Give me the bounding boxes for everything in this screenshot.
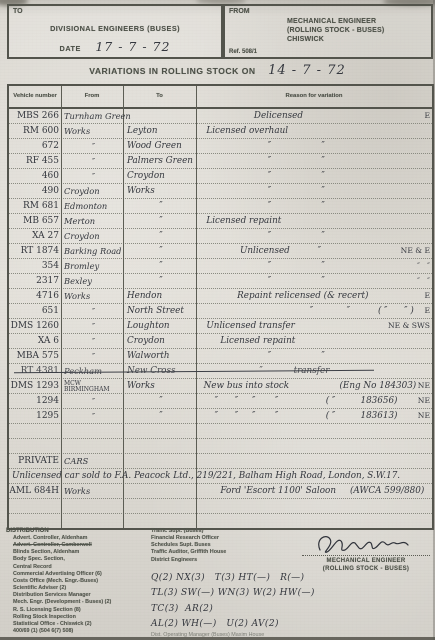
cell-to: Croydon [127,169,195,183]
cell-vehicle: 490 [9,184,63,198]
cell-reason: ″ ″ ″ ″ ( ″ 183656) [198,394,424,408]
cell-vehicle [9,424,63,438]
cell-code: NE [418,379,430,393]
signature-block: MECHANICAL ENGINEER (ROLLING STOCK - BUS… [300,530,432,573]
cell-vehicle: RT 1874 [9,244,63,258]
column-divider [123,86,124,528]
table-row: PRIVATECARS [9,454,432,469]
cell-vehicle: DMS 1260 [9,319,63,333]
cell-code: ″ ″ [417,259,430,273]
garage-code-line: AL(2) WH(—) U(2) AV(2) [151,617,306,633]
table-body: MBS 266Turnham Green DelicensedERM 600Wo… [9,109,432,528]
from-box: FROM MECHANICAL ENGINEER (ROLLING STOCK … [223,4,433,59]
table-row: 354Bromley″ ″ ″″ ″ [9,259,432,274]
table-header: Vehicle number From To Reason for variat… [9,86,432,109]
cell-to: Leyton [127,124,195,138]
cell-to: Palmers Green [127,154,195,168]
to-box: TO DIVISIONAL ENGINEERS (BUSES) DATE 17 … [7,4,223,59]
cell-to: Works [127,184,195,198]
cell-reason: Licensed repaint [198,334,424,348]
table-row: 2317Bexley″ ″ ″″ ″ [9,274,432,289]
table-row: XA 6″Croydon Licensed repaint [9,334,432,349]
cell-reason [198,514,424,528]
cell-to: ″ [127,259,195,273]
cell-from: ″ [64,319,123,333]
title-date-handwritten: 14 - 7 - 72 [268,63,346,78]
cell-from: CARS [64,454,123,468]
cell-vehicle [9,439,63,453]
cell-reason: ″ ″ [198,274,424,288]
distribution-item: Statistical Office - Chiswick (2) [6,621,151,628]
table-row: MB 657Merton″ Licensed repaint [9,214,432,229]
table-row: 1294″″ ″ ″ ″ ″ ( ″ 183656)NE [9,394,432,409]
cell-from: Barking Road [64,244,123,258]
from-line: CHISWICK [287,35,384,44]
cell-vehicle: MBA 575 [9,349,63,363]
table-row: RM 600WorksLeyton Licensed overhaul [9,124,432,139]
garage-code-line: Q(2) NX(3) T(3) HT(—) R(—) [151,571,306,587]
cell-reason: ″ ″ [198,169,424,183]
garage-codes-list: Q(2) NX(3) T(3) HT(—) R(—)TL(3) SW(—) WN… [151,571,306,633]
cell-to: Loughton [127,319,195,333]
cell-from: ″ [64,394,123,408]
signature-scrawl [310,530,422,558]
cell-vehicle: XA 27 [9,229,63,243]
from-label: FROM [229,8,250,15]
table-row: 4716WorksHendon Repaint relicensed (& re… [9,289,432,304]
distribution-items: Advert. Controller, AldenhamAdvert. Cont… [6,535,151,635]
cell-reason: ″ ″ [198,259,424,273]
distribution-item: Mech. Engr. (Development - Buses) (2) [6,599,151,606]
cell-to: Hendon [127,289,195,303]
cell-to: Croydon [127,334,195,348]
cell-reason: ″ ″ [198,184,424,198]
cell-to [127,484,195,498]
form-title: VARIATIONS IN ROLLING STOCK ON 14 - 7 - … [0,61,435,79]
cell-reason: ″ ″ [198,349,424,363]
cell-from: Bromley [64,259,123,273]
cell-reason: New bus into stock (Eng No 184303) [198,379,424,393]
distribution-item: R. S. Licensing Section (8) [6,607,151,614]
cell-from: ″ [64,154,123,168]
cell-reason: Ford 'Escort 1100' Saloon (AWCA 599/880) [198,484,424,498]
table-row: RM 681Edmonton″ ″ ″ [9,199,432,214]
cell-vehicle: 460 [9,169,63,183]
table-row: 460″Croydon ″ ″ [9,169,432,184]
table-row: 672″Wood Green ″ ″ [9,139,432,154]
to-value: DIVISIONAL ENGINEERS (BUSES) [9,24,221,33]
cell-code: E [424,109,430,123]
scanned-form-page: TO DIVISIONAL ENGINEERS (BUSES) DATE 17 … [0,0,435,640]
distribution-item: Body Spec. Section, [6,556,151,563]
column-divider [196,86,197,528]
cell-vehicle: MB 657 [9,214,63,228]
from-line: MECHANICAL ENGINEER [287,17,384,26]
cell-reason: Licensed overhaul [198,124,424,138]
cell-vehicle: AML 684H [9,484,63,498]
cell-from: Works [64,484,123,498]
cell-from: Works [64,289,123,303]
cell-reason: ″ ″ ( ″ ″ ) [198,304,424,318]
table-row: RT 1874Barking Road″ Unlicensed ″NE & E [9,244,432,259]
cell-code: NE & SWS [388,319,430,333]
signature-title-2: (ROLLING STOCK - BUSES) [300,566,432,574]
col-header-from: From [61,86,123,107]
table-row: 490CroydonWorks ″ ″ [9,184,432,199]
cell-to [127,514,195,528]
table-row: 651″North Street ″ ″ ( ″ ″ )E [9,304,432,319]
cell-vehicle: RM 681 [9,199,63,213]
cell-to: ″ [127,394,195,408]
cell-from: ″ [64,169,123,183]
cell-to [127,424,195,438]
cell-from: ″ [64,334,123,348]
cell-from: Turnham Green [64,109,123,123]
signature-line [302,555,430,556]
garage-code-line: TL(3) SW(—) WN(3) W(2) HW(—) [151,586,306,602]
cell-vehicle: 672 [9,139,63,153]
cell-from: ″ [64,349,123,363]
from-line: (ROLLING STOCK - BUSES) [287,26,384,35]
cell-vehicle: XA 6 [9,334,63,348]
table-span-row: Unlicensed car sold to F.A. Peacock Ltd.… [9,469,432,484]
cell-from: MCW BIRMINGHAM [64,379,123,395]
cell-reason: ″ ″ [198,139,424,153]
cell-to: Walworth [127,349,195,363]
cell-vehicle: 2317 [9,274,63,288]
cell-reason [198,499,424,513]
cell-reason: ″ ″ [198,199,424,213]
signature-title-1: MECHANICAL ENGINEER [300,558,432,566]
table-row [9,499,432,514]
cell-vehicle: 651 [9,304,63,318]
distribution-section: DISTRIBUTION Advert. Controller, Aldenha… [6,528,151,635]
cell-vehicle: DMS 1293 [9,379,63,393]
cell-from [64,439,123,453]
date-value-handwritten: 17 - 7 - 72 [95,39,170,54]
table-row: DMS 1293MCW BIRMINGHAMWorks New bus into… [9,379,432,394]
cell-vehicle: 1294 [9,394,63,408]
row-span-text: Unlicensed car sold to F.A. Peacock Ltd.… [12,469,429,483]
cell-reason [198,424,424,438]
from-address: MECHANICAL ENGINEER (ROLLING STOCK - BUS… [287,17,384,44]
recipient-item: Traffic Auditor, Griffith House [151,549,306,556]
variations-table: Vehicle number From To Reason for variat… [7,84,434,530]
cell-from: Croydon [64,229,123,243]
cell-code: E [424,289,430,303]
cell-reason: ″ ″ [198,154,424,168]
distribution-item: Central Record [6,564,151,571]
cell-to: ″ [127,244,195,258]
garage-code-line: TC(3) AR(2) [151,602,306,618]
cell-code: ″ ″ [417,274,430,288]
cell-from: Croydon [64,184,123,198]
recipient-item: District Engineers [151,557,306,564]
cell-from: ″ [64,304,123,318]
cell-from: Bexley [64,274,123,288]
cell-code: NE [418,409,430,423]
cell-code: E [424,304,430,318]
cell-vehicle: RM 600 [9,124,63,138]
recipients-section: Traffic Supt. (Buses)Financial Research … [151,528,306,633]
table-row: 1295″″ ″ ″ ″ ″ ( ″ 183613)NE [9,409,432,424]
cell-from [64,514,123,528]
cell-from: Works [64,124,123,138]
distribution-item: Rolling Stock Inspection [6,614,151,621]
cell-to: ″ [127,274,195,288]
cell-to: Wood Green [127,139,195,153]
cell-code: NE [418,394,430,408]
table-row: DMS 1260″Loughton Unlicensed transferNE … [9,319,432,334]
cell-from: Merton [64,214,123,228]
cell-to [127,454,195,468]
date-row: DATE 17 - 7 - 72 [9,38,221,56]
table-row: RF 455″Palmers Green ″ ″ [9,154,432,169]
cell-vehicle: PRIVATE [9,454,63,468]
cell-to [127,439,195,453]
cell-vehicle: RF 455 [9,154,63,168]
table-row [9,514,432,528]
cell-to: ″ [127,409,195,423]
cell-reason [198,439,424,453]
cell-reason: Licensed repaint [198,214,424,228]
table-row [9,439,432,454]
table-row: MBS 266Turnham Green DelicensedE [9,109,432,124]
cell-to: North Street [127,304,195,318]
cell-vehicle [9,514,63,528]
date-label: DATE [60,44,81,53]
cell-to: Works [127,379,195,393]
cell-reason: ″ ″ [198,229,424,243]
col-header-reason: Reason for variation [196,86,432,107]
recipients-list: Traffic Supt. (Buses)Financial Research … [151,528,306,564]
table-row: MBA 575″Walworth ″ ″ [9,349,432,364]
cell-from [64,499,123,513]
distribution-heading: DISTRIBUTION [6,528,151,534]
table-row [9,424,432,439]
cell-from: Edmonton [64,199,123,213]
distribution-item: Commercial Advertising Officer (6) [6,571,151,578]
cell-from: ″ [64,409,123,423]
cell-to [127,499,195,513]
cell-to [127,109,195,123]
col-header-vehicle: Vehicle number [9,86,61,107]
table-row: RT 4381PeckhamNew Cross ″ transfer [9,364,432,379]
ref-number: Ref. 508/1 [229,49,257,55]
cell-vehicle: 1295 [9,409,63,423]
cell-reason: Delicensed [198,109,424,123]
cell-reason: Unlicensed ″ [198,244,424,258]
distribution-item: 400/69 (1) (504 6(7) 508) [6,628,151,635]
col-header-to: To [123,86,196,107]
cell-from [64,424,123,438]
cell-reason: Repaint relicensed (& recert) [198,289,424,303]
table-row: XA 27Croydon″ ″ ″ [9,229,432,244]
cell-vehicle: 354 [9,259,63,273]
to-label: TO [13,8,23,15]
cell-to: ″ [127,214,195,228]
cell-code: NE & E [401,244,430,258]
cell-to: ″ [127,229,195,243]
cell-to: ″ [127,199,195,213]
cell-reason: ″ ″ ″ ″ ( ″ 183613) [198,409,424,423]
cell-from: ″ [64,139,123,153]
cell-vehicle: MBS 266 [9,109,63,123]
cell-reason [198,454,424,468]
cell-vehicle [9,499,63,513]
table-row: AML 684HWorks Ford 'Escort 1100' Saloon … [9,484,432,499]
title-printed: VARIATIONS IN ROLLING STOCK ON [89,66,255,76]
cell-vehicle: 4716 [9,289,63,303]
